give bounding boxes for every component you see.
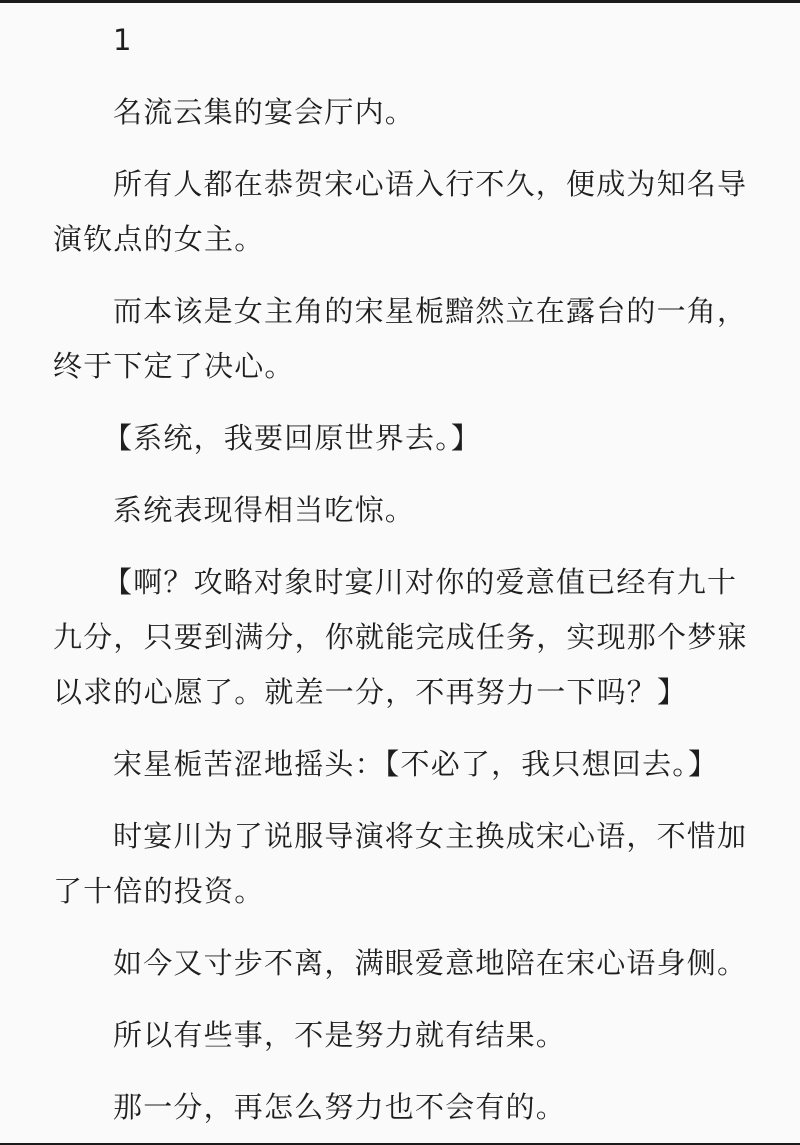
paragraph-1: 名流云集的宴会厅内。: [53, 85, 773, 140]
paragraph-5: 系统表现得相当吃惊。: [53, 483, 773, 538]
chapter-number: 1: [53, 13, 773, 68]
paragraph-line: 演钦点的女主。: [53, 212, 773, 267]
paragraph-7: 宋星栀苦涩地摇头：【不必了，我只想回去。】: [53, 737, 773, 792]
paragraph-line: 以求的心愿了。就差一分，不再努力一下吗？】: [53, 665, 773, 720]
paragraph-11: 那一分，再怎么努力也不会有的。: [53, 1080, 773, 1135]
paragraph-6-system-dialogue: 【啊？攻略对象时宴川对你的爱意值已经有九十 九分，只要到满分，你就能完成任务，实…: [53, 555, 773, 720]
paragraph-line: 了十倍的投资。: [53, 864, 773, 919]
paragraph-line: 【系统，我要回原世界去。】: [53, 411, 773, 466]
paragraph-line: 而本该是女主角的宋星栀黯然立在露台的一角，: [53, 284, 773, 339]
paragraph-line: 名流云集的宴会厅内。: [53, 85, 773, 140]
paragraph-2: 所有人都在恭贺宋心语入行不久，便成为知名导 演钦点的女主。: [53, 157, 773, 267]
paragraph-line: 九分，只要到满分，你就能完成任务，实现那个梦寐: [53, 610, 773, 665]
reading-page: 1 名流云集的宴会厅内。 所有人都在恭贺宋心语入行不久，便成为知名导 演钦点的女…: [53, 13, 773, 1145]
paragraph-line: 那一分，再怎么努力也不会有的。: [53, 1080, 773, 1135]
paragraph-line: 【啊？攻略对象时宴川对你的爱意值已经有九十: [53, 555, 773, 610]
paragraph-3: 而本该是女主角的宋星栀黯然立在露台的一角， 终于下定了决心。: [53, 284, 773, 394]
paragraph-line: 宋星栀苦涩地摇头：【不必了，我只想回去。】: [53, 737, 773, 792]
paragraph-8: 时宴川为了说服导演将女主换成宋心语，不惜加 了十倍的投资。: [53, 809, 773, 919]
paragraph-4-system-dialogue: 【系统，我要回原世界去。】: [53, 411, 773, 466]
paragraph-line: 时宴川为了说服导演将女主换成宋心语，不惜加: [53, 809, 773, 864]
paragraph-9: 如今又寸步不离，满眼爱意地陪在宋心语身侧。: [53, 936, 773, 991]
paragraph-line: 所有人都在恭贺宋心语入行不久，便成为知名导: [53, 157, 773, 212]
paragraph-line: 如今又寸步不离，满眼爱意地陪在宋心语身侧。: [53, 936, 773, 991]
paragraph-line: 所以有些事，不是努力就有结果。: [53, 1008, 773, 1063]
paragraph-10: 所以有些事，不是努力就有结果。: [53, 1008, 773, 1063]
paragraph-line: 终于下定了决心。: [53, 339, 773, 394]
paragraph-line: 系统表现得相当吃惊。: [53, 483, 773, 538]
top-frame-border: [0, 0, 800, 3]
chapter-number-text: 1: [53, 13, 773, 68]
